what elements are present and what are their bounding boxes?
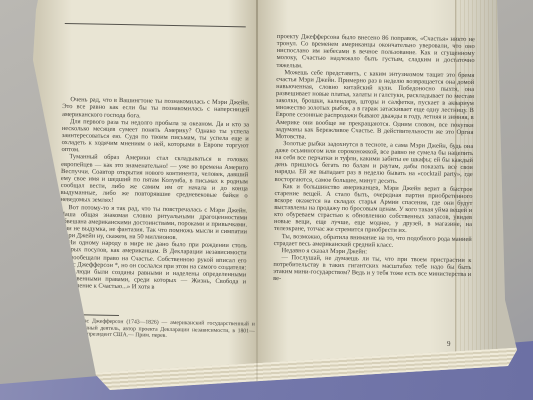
paragraph: проекту Джефферсона было внесено 86 попр…: [276, 33, 475, 72]
book-gutter: [256, 0, 258, 400]
paragraph: Золотые рыбки задохнутся в тесноте, а са…: [275, 140, 474, 186]
paragraph: Очень рад, что в Вашингтоне ты познакоми…: [62, 96, 249, 121]
paragraph: — Послушай, не думаешь ли ты, что при тв…: [273, 254, 471, 286]
paragraph: Туманный образ Америки стал складываться…: [60, 153, 248, 207]
paragraph: Вот потому-то я так рад, что ты повстреч…: [60, 203, 248, 242]
section-divider-rule: [65, 23, 246, 28]
footnote: * Томас Джефферсон (1743—1826) — америка…: [62, 318, 255, 341]
paragraph: Как и большинство американцев, Мэри Джей…: [274, 183, 473, 236]
footnote-block: * Томас Джефферсон (1743—1826) — америка…: [62, 314, 255, 341]
left-page: Очень рад, что в Вашингтоне ты познакоми…: [59, 12, 251, 293]
paragraph: Можешь себе представить, с каким энтузиа…: [275, 69, 474, 143]
paragraph: Ни одному народу в мире не дано было при…: [59, 239, 247, 293]
page-number-right: 9: [447, 340, 451, 348]
book-photo: Очень рад, что в Вашингтоне ты познакоми…: [0, 0, 533, 400]
paragraph: Для первого раза ты недолго пробыла за о…: [61, 118, 249, 157]
left-page-text: Очень рад, что в Вашингтоне ты познакоми…: [59, 96, 250, 293]
right-page: проекту Джефферсона было внесено 86 попр…: [273, 33, 475, 285]
